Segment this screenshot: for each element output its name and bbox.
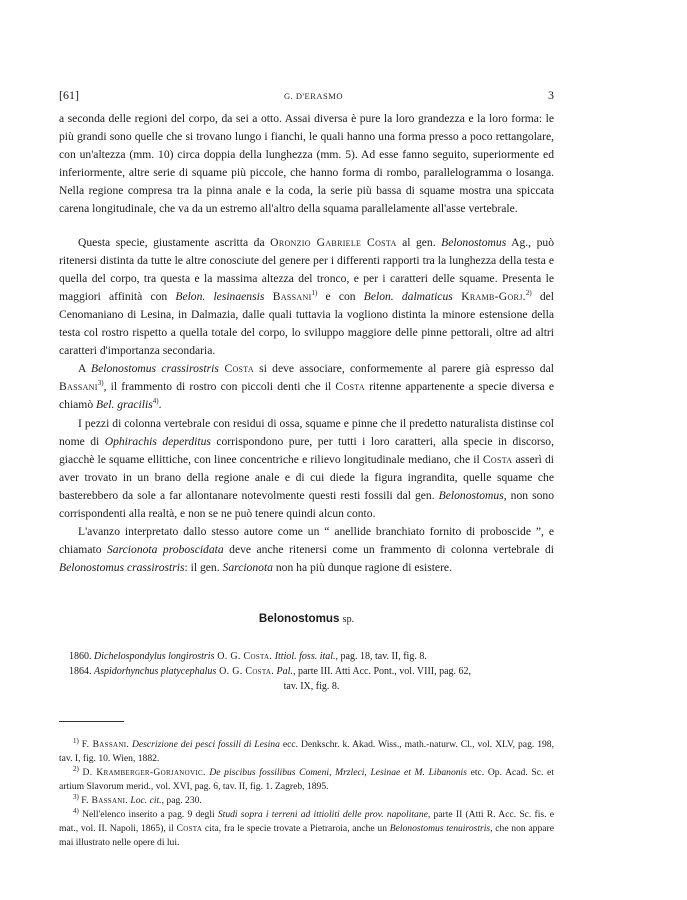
synonymy-entry: 1860. Dichelospondylus longirostris O. G…: [59, 649, 554, 664]
paragraph-4: I pezzi di colonna vertebrale con residu…: [59, 415, 554, 524]
paragraph-2: Questa specie, giustamente ascritta da O…: [59, 234, 554, 361]
footnote-3: 3) F. Bassani. Loc. cit., pag. 230.: [59, 794, 554, 808]
body-text: a seconda delle regioni del corpo, da se…: [59, 110, 554, 577]
page: [61] G. D'ERASMO 3 a seconda delle regio…: [59, 88, 554, 850]
footnote-separator: [59, 721, 124, 722]
running-head: [61] G. D'ERASMO 3: [59, 88, 554, 108]
section-species-suffix: sp.: [343, 614, 354, 625]
section-heading: Belonostomus sp.: [59, 612, 554, 625]
paragraph-1: a seconda delle regioni del corpo, da se…: [59, 110, 554, 219]
footnotes: 1) F. Bassani. Descrizione dei pesci fos…: [59, 738, 554, 850]
paragraph-3: A Belonostomus crassirostris Costa si de…: [59, 360, 554, 414]
running-head-author: G. D'ERASMO: [284, 91, 343, 101]
footnote-4: 4) Nell'elenco inserito a pag. 9 degli S…: [59, 808, 554, 850]
page-number: 3: [548, 88, 554, 103]
page-bracket-number: [61]: [59, 88, 79, 103]
synonymy-entry: 1864. Aspidorhynchus platycephalus O. G.…: [59, 664, 554, 694]
footnote-2: 2) D. Kramberger-Gorjanovic. De piscibus…: [59, 766, 554, 794]
paragraph-5: L'avanzo interpretato dallo stesso autor…: [59, 523, 554, 577]
synonymy-list: 1860. Dichelospondylus longirostris O. G…: [59, 649, 554, 694]
section-genus: Belonostomus: [259, 612, 340, 625]
footnote-1: 1) F. Bassani. Descrizione dei pesci fos…: [59, 738, 554, 766]
